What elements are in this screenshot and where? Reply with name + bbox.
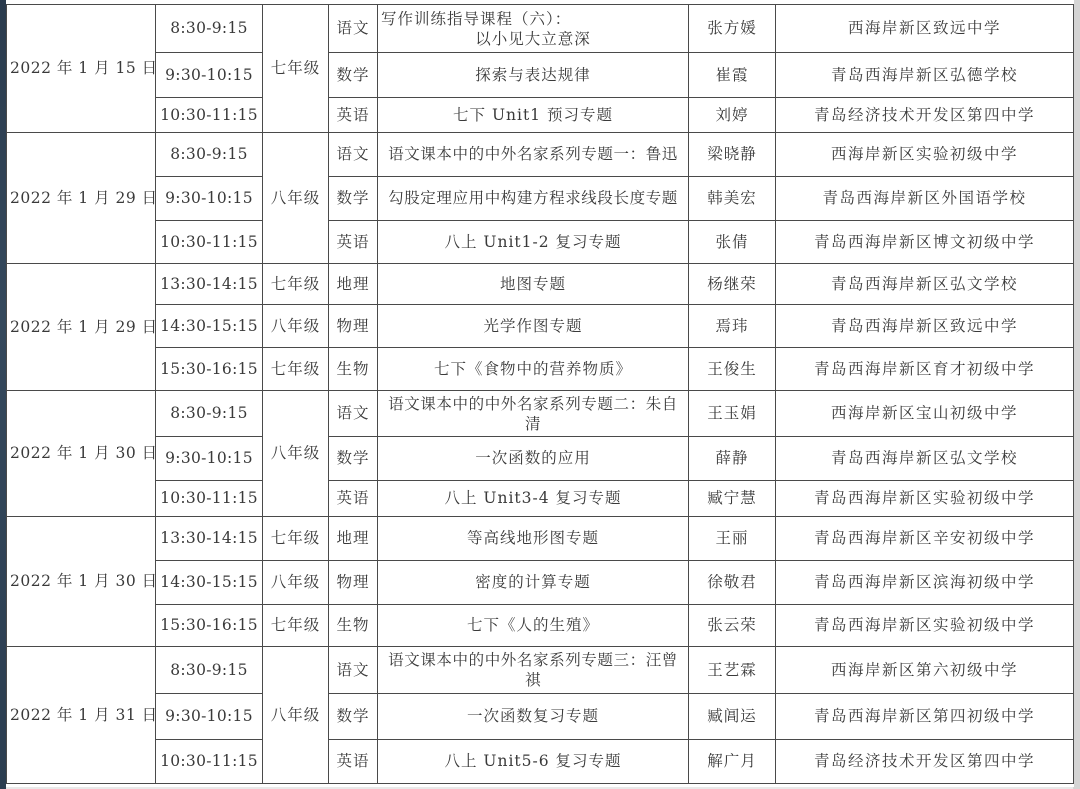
background-edge-right — [1073, 0, 1080, 789]
subject-cell: 语文 — [329, 647, 378, 694]
school-cell: 青岛经济技术开发区第四中学 — [776, 98, 1074, 133]
teacher-cell: 臧阊运 — [689, 694, 776, 740]
time-cell: 15:30-16:15 — [156, 605, 263, 647]
topic-cell: 光学作图专题 — [378, 305, 689, 348]
school-cell: 西海岸新区宝山初级中学 — [776, 391, 1074, 437]
table-row: 10:30-11:15 英语 八上 Unit3-4 复习专题 臧宁慧 青岛西海岸… — [7, 481, 1074, 517]
subject-cell: 语文 — [329, 391, 378, 437]
subject-cell: 数学 — [329, 437, 378, 481]
table-row: 10:30-11:15 英语 八上 Unit1-2 复习专题 张倩 青岛西海岸新… — [7, 221, 1074, 264]
time-cell: 10:30-11:15 — [156, 98, 263, 133]
table-row: 10:30-11:15 英语 八上 Unit5-6 复习专题 解广月 青岛经济技… — [7, 740, 1074, 784]
topic-cell: 一次函数的应用 — [378, 437, 689, 481]
topic-cell: 语文课本中的中外名家系列专题一：鲁迅 — [378, 133, 689, 177]
teacher-cell: 解广月 — [689, 740, 776, 784]
school-cell: 青岛西海岸新区辛安初级中学 — [776, 517, 1074, 561]
teacher-cell: 焉玮 — [689, 305, 776, 348]
grade-cell: 七年级 — [263, 5, 329, 133]
topic-cell: 七下 Unit1 预习专题 — [378, 98, 689, 133]
time-cell: 13:30-14:15 — [156, 517, 263, 561]
grade-cell: 八年级 — [263, 561, 329, 605]
teacher-cell: 韩美宏 — [689, 177, 776, 221]
topic-cell: 地图专题 — [378, 264, 689, 305]
table-row: 14:30-15:15 八年级 物理 光学作图专题 焉玮 青岛西海岸新区致远中学 — [7, 305, 1074, 348]
date-cell: 2022 年 1 月 29 日 — [7, 133, 156, 264]
time-cell: 9:30-10:15 — [156, 437, 263, 481]
time-cell: 14:30-15:15 — [156, 561, 263, 605]
grade-cell: 七年级 — [263, 264, 329, 305]
subject-cell: 物理 — [329, 561, 378, 605]
topic-line-1: 写作训练指导课程（六）： — [381, 9, 685, 29]
time-cell: 8:30-9:15 — [156, 133, 263, 177]
subject-cell: 英语 — [329, 740, 378, 784]
topic-cell: 语文课本中的中外名家系列专题三：汪曾 祺 — [378, 647, 689, 694]
course-schedule-table: 2022 年 1 月 15 日 8:30-9:15 七年级 语文 写作训练指导课… — [6, 4, 1074, 784]
time-cell: 10:30-11:15 — [156, 481, 263, 517]
topic-cell: 写作训练指导课程（六）： 以小见大立意深 — [378, 5, 689, 53]
grade-cell: 七年级 — [263, 517, 329, 561]
subject-cell: 数学 — [329, 53, 378, 98]
topic-cell: 八上 Unit5-6 复习专题 — [378, 740, 689, 784]
time-cell: 10:30-11:15 — [156, 221, 263, 264]
time-cell: 13:30-14:15 — [156, 264, 263, 305]
teacher-cell: 王俊生 — [689, 348, 776, 391]
table-row: 14:30-15:15 八年级 物理 密度的计算专题 徐敬君 青岛西海岸新区滨海… — [7, 561, 1074, 605]
topic-cell: 八上 Unit1-2 复习专题 — [378, 221, 689, 264]
topic-cell: 语文课本中的中外名家系列专题二：朱自 清 — [378, 391, 689, 437]
subject-cell: 语文 — [329, 5, 378, 53]
topic-line-1: 语文课本中的中外名家系列专题二：朱自 — [388, 395, 678, 413]
topic-line-2: 祺 — [525, 671, 541, 689]
teacher-cell: 徐敬君 — [689, 561, 776, 605]
table-row: 2022 年 1 月 30 日 13:30-14:15 七年级 地理 等高线地形… — [7, 517, 1074, 561]
topic-cell: 密度的计算专题 — [378, 561, 689, 605]
time-cell: 14:30-15:15 — [156, 305, 263, 348]
subject-cell: 数学 — [329, 177, 378, 221]
teacher-cell: 崔霞 — [689, 53, 776, 98]
time-cell: 15:30-16:15 — [156, 348, 263, 391]
time-cell: 9:30-10:15 — [156, 53, 263, 98]
teacher-cell: 臧宁慧 — [689, 481, 776, 517]
table-row: 15:30-16:15 七年级 生物 七下《食物中的营养物质》 王俊生 青岛西海… — [7, 348, 1074, 391]
grade-cell: 七年级 — [263, 348, 329, 391]
school-cell: 青岛西海岸新区弘德学校 — [776, 53, 1074, 98]
school-cell: 西海岸新区致远中学 — [776, 5, 1074, 53]
topic-cell: 八上 Unit3-4 复习专题 — [378, 481, 689, 517]
time-cell: 10:30-11:15 — [156, 740, 263, 784]
subject-cell: 地理 — [329, 517, 378, 561]
school-cell: 青岛西海岸新区弘文学校 — [776, 264, 1074, 305]
subject-cell: 物理 — [329, 305, 378, 348]
school-cell: 西海岸新区实验初级中学 — [776, 133, 1074, 177]
school-cell: 青岛西海岸新区实验初级中学 — [776, 481, 1074, 517]
grade-cell: 八年级 — [263, 391, 329, 517]
time-cell: 9:30-10:15 — [156, 177, 263, 221]
topic-cell: 等高线地形图专题 — [378, 517, 689, 561]
school-cell: 青岛经济技术开发区第四中学 — [776, 740, 1074, 784]
teacher-cell: 张方媛 — [689, 5, 776, 53]
table-row: 9:30-10:15 数学 探索与表达规律 崔霞 青岛西海岸新区弘德学校 — [7, 53, 1074, 98]
teacher-cell: 张云荣 — [689, 605, 776, 647]
table-row: 10:30-11:15 英语 七下 Unit1 预习专题 刘婷 青岛经济技术开发… — [7, 98, 1074, 133]
subject-cell: 语文 — [329, 133, 378, 177]
table-row: 9:30-10:15 数学 一次函数复习专题 臧阊运 青岛西海岸新区第四初级中学 — [7, 694, 1074, 740]
school-cell: 青岛西海岸新区滨海初级中学 — [776, 561, 1074, 605]
table-row: 2022 年 1 月 29 日 8:30-9:15 八年级 语文 语文课本中的中… — [7, 133, 1074, 177]
topic-cell: 勾股定理应用中构建方程求线段长度专题 — [378, 177, 689, 221]
school-cell: 青岛西海岸新区弘文学校 — [776, 437, 1074, 481]
topic-cell: 七下《食物中的营养物质》 — [378, 348, 689, 391]
time-cell: 8:30-9:15 — [156, 5, 263, 53]
school-cell: 青岛西海岸新区外国语学校 — [776, 177, 1074, 221]
table-row: 9:30-10:15 数学 勾股定理应用中构建方程求线段长度专题 韩美宏 青岛西… — [7, 177, 1074, 221]
school-cell: 青岛西海岸新区博文初级中学 — [776, 221, 1074, 264]
date-cell: 2022 年 1 月 29 日 — [7, 264, 156, 391]
subject-cell: 英语 — [329, 98, 378, 133]
school-cell: 青岛西海岸新区实验初级中学 — [776, 605, 1074, 647]
table-row: 2022 年 1 月 31 日 8:30-9:15 八年级 语文 语文课本中的中… — [7, 647, 1074, 694]
school-cell: 青岛西海岸新区育才初级中学 — [776, 348, 1074, 391]
topic-cell: 一次函数复习专题 — [378, 694, 689, 740]
teacher-cell: 王玉娟 — [689, 391, 776, 437]
subject-cell: 数学 — [329, 694, 378, 740]
subject-cell: 生物 — [329, 605, 378, 647]
teacher-cell: 刘婷 — [689, 98, 776, 133]
school-cell: 西海岸新区第六初级中学 — [776, 647, 1074, 694]
school-cell: 青岛西海岸新区第四初级中学 — [776, 694, 1074, 740]
topic-line-1: 语文课本中的中外名家系列专题三：汪曾 — [388, 651, 678, 669]
table-row: 9:30-10:15 数学 一次函数的应用 薛静 青岛西海岸新区弘文学校 — [7, 437, 1074, 481]
date-cell: 2022 年 1 月 30 日 — [7, 391, 156, 517]
teacher-cell: 王艺霖 — [689, 647, 776, 694]
subject-cell: 地理 — [329, 264, 378, 305]
table-row: 2022 年 1 月 29 日 13:30-14:15 七年级 地理 地图专题 … — [7, 264, 1074, 305]
topic-line-2: 清 — [525, 415, 541, 433]
time-cell: 8:30-9:15 — [156, 647, 263, 694]
grade-cell: 八年级 — [263, 647, 329, 784]
subject-cell: 生物 — [329, 348, 378, 391]
date-cell: 2022 年 1 月 30 日 — [7, 517, 156, 647]
grade-cell: 八年级 — [263, 133, 329, 264]
time-cell: 9:30-10:15 — [156, 694, 263, 740]
table-row: 2022 年 1 月 15 日 8:30-9:15 七年级 语文 写作训练指导课… — [7, 5, 1074, 53]
subject-cell: 英语 — [329, 221, 378, 264]
table-row: 2022 年 1 月 30 日 8:30-9:15 八年级 语文 语文课本中的中… — [7, 391, 1074, 437]
topic-line-2: 以小见大立意深 — [475, 30, 591, 48]
grade-cell: 七年级 — [263, 605, 329, 647]
date-cell: 2022 年 1 月 31 日 — [7, 647, 156, 784]
teacher-cell: 梁晓静 — [689, 133, 776, 177]
teacher-cell: 薛静 — [689, 437, 776, 481]
table-row: 15:30-16:15 七年级 生物 七下《人的生殖》 张云荣 青岛西海岸新区实… — [7, 605, 1074, 647]
teacher-cell: 张倩 — [689, 221, 776, 264]
topic-cell: 探索与表达规律 — [378, 53, 689, 98]
grade-cell: 八年级 — [263, 305, 329, 348]
topic-cell: 七下《人的生殖》 — [378, 605, 689, 647]
date-cell: 2022 年 1 月 15 日 — [7, 5, 156, 133]
subject-cell: 英语 — [329, 481, 378, 517]
teacher-cell: 王丽 — [689, 517, 776, 561]
teacher-cell: 杨继荣 — [689, 264, 776, 305]
time-cell: 8:30-9:15 — [156, 391, 263, 437]
school-cell: 青岛西海岸新区致远中学 — [776, 305, 1074, 348]
